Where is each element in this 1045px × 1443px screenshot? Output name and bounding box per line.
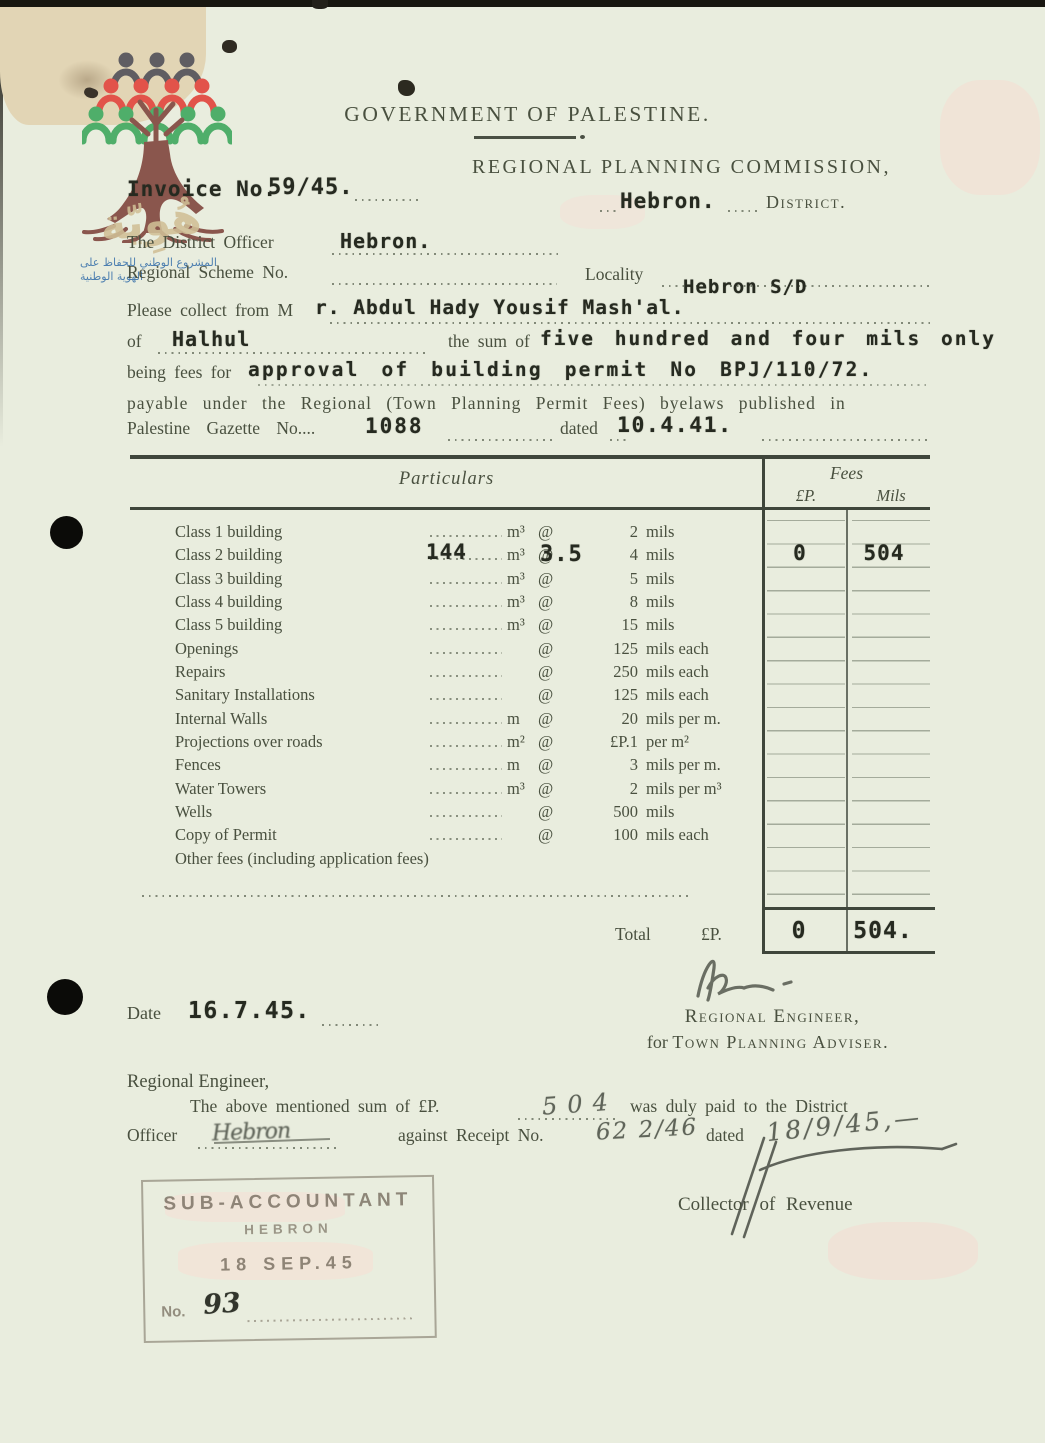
engineer-signature	[680, 948, 805, 1008]
row-label: Copy of Permit	[175, 825, 277, 845]
table-row: Internal Wallsm@20mils per m.	[130, 708, 930, 731]
sum-label: the sum of	[448, 331, 530, 352]
row-rate: 250	[558, 662, 638, 682]
date-label: Date	[127, 1003, 161, 1024]
row-rate-suffix: mils	[646, 569, 674, 589]
page-title: GOVERNMENT OF PALESTINE.	[330, 102, 725, 127]
fees-header: Fees	[763, 463, 930, 484]
town-planning-adviser-title: for Town Planning Adviser.	[608, 1032, 928, 1053]
row-rate: 125	[558, 685, 638, 705]
row-unit: m²	[507, 732, 525, 752]
row-leader-dots	[430, 652, 502, 654]
stamp-line2: HEBRON	[144, 1219, 433, 1239]
logo-red-heads	[104, 79, 210, 94]
date-value: 16.7.45.	[188, 998, 311, 1024]
total-mils-value: 504.	[842, 918, 924, 944]
fees-for-label: being fees for	[127, 362, 231, 383]
table-row: Water Towersm³@2mils per m³	[130, 778, 930, 801]
mils-header: Mils	[852, 486, 930, 506]
row-label: Openings	[175, 639, 238, 659]
leader-dots	[332, 253, 560, 255]
row-rate-suffix: mils per m.	[646, 755, 721, 775]
row-rate-suffix: mils each	[646, 662, 709, 682]
row-at-sign: @	[538, 615, 553, 635]
row-at-sign: @	[538, 732, 553, 752]
row-rate-suffix: mils	[646, 615, 674, 635]
leader-dots	[728, 210, 760, 212]
for-label: for	[647, 1032, 668, 1052]
regional-engineer-title: Regional Engineer,	[655, 1006, 890, 1028]
row-rate: 20	[558, 709, 638, 729]
stamp-no-label: No.	[161, 1303, 185, 1320]
row-rate-suffix: mils	[646, 592, 674, 612]
row-leader-dots	[430, 535, 502, 537]
row-label: Class 4 building	[175, 592, 282, 612]
table-row: Class 5 buildingm³@15mils	[130, 614, 930, 637]
row-rate: 2	[558, 522, 638, 542]
row-fee-pounds: 0	[778, 541, 822, 565]
row-at-sign: @	[538, 569, 553, 589]
collector-signature	[690, 1128, 970, 1243]
row-rate: 3	[558, 755, 638, 775]
row-label: Wells	[175, 802, 212, 822]
row-leader-dots	[430, 605, 502, 607]
row-label: Projections over roads	[175, 732, 323, 752]
row-rate-suffix: mils each	[646, 685, 709, 705]
row-rate: 5	[558, 569, 638, 589]
row-typed-rate: 3.5	[540, 542, 583, 567]
row-leader-dots	[430, 815, 502, 817]
table-row: Copy of Permit@100mils each	[130, 824, 930, 847]
row-rate: 8	[558, 592, 638, 612]
pound-header: £P.	[767, 486, 845, 506]
leader-dots	[247, 1317, 415, 1322]
row-leader-dots	[430, 768, 502, 770]
fees-table: Particulars Fees £P. Mils Class 1 buildi…	[130, 455, 930, 957]
row-leader-dots	[430, 722, 502, 724]
row-leader-dots	[430, 698, 502, 700]
row-rate-suffix: mils	[646, 545, 674, 565]
row-typed-quantity: 144	[426, 540, 467, 564]
leader-dots	[610, 439, 630, 441]
row-rate-suffix: mils	[646, 522, 674, 542]
row-unit: m³	[507, 592, 525, 612]
gazette-label: Palestine Gazette No....	[127, 418, 315, 439]
row-leader-dots	[430, 792, 502, 794]
leader-dots	[258, 384, 930, 386]
row-at-sign: @	[538, 755, 553, 775]
collect-from-value: r. Abdul Hady Yousif Mash'al.	[315, 296, 684, 319]
locality-value: Hebron S/D	[683, 276, 807, 298]
gazette-dated-value: 10.4.41.	[617, 413, 733, 438]
leader-dots	[448, 439, 553, 441]
row-at-sign: @	[538, 522, 553, 542]
row-at-sign: @	[538, 685, 553, 705]
logo-grey-heads	[119, 53, 195, 68]
table-row: Fencesm@3mils per m.	[130, 754, 930, 777]
officer-label: Officer	[127, 1125, 177, 1146]
row-at-sign: @	[538, 709, 553, 729]
table-top-rule	[130, 455, 930, 459]
district-value: Hebron.	[620, 189, 716, 213]
receipt-label: against Receipt No.	[398, 1125, 544, 1146]
collector-of-revenue-label: Collector of Revenue	[678, 1194, 853, 1216]
table-row: Openings@125mils each	[130, 638, 930, 661]
collect-from-label: Please collect from M	[127, 300, 293, 321]
commission-title: REGIONAL PLANNING COMMISSION,	[472, 156, 891, 179]
addressee-label: Regional Engineer,	[127, 1072, 269, 1093]
row-unit: m	[507, 709, 520, 729]
invoice-number-value: 59/45.	[268, 175, 353, 200]
stamp-no-handwritten: 93	[202, 1287, 242, 1321]
row-label: Class 1 building	[175, 522, 282, 542]
row-rate-suffix: mils each	[646, 639, 709, 659]
district-label: District.	[766, 192, 846, 213]
row-leader-dots	[430, 838, 502, 840]
pink-blotch	[940, 80, 1040, 195]
row-label: Repairs	[175, 662, 225, 682]
particulars-header: Particulars	[130, 469, 763, 490]
row-unit: m³	[507, 522, 525, 542]
row-label: Class 5 building	[175, 615, 282, 635]
table-row: Class 4 buildingm³@8mils	[130, 591, 930, 614]
title-divider	[474, 136, 576, 139]
total-pounds-value: 0	[775, 918, 823, 944]
row-rate: 2	[558, 779, 638, 799]
row-unit: m³	[507, 615, 525, 635]
hole-punch-icon	[47, 979, 83, 1015]
stamp-line1: SUB-ACCOUNTANT	[143, 1189, 432, 1216]
sub-accountant-stamp: SUB-ACCOUNTANT HEBRON 18 SEP.45 No. 93	[141, 1175, 437, 1343]
scan-top-edge	[0, 0, 1045, 7]
leader-dots	[600, 210, 616, 212]
table-row: Class 2 buildingm³@4mils1443.50504	[130, 544, 930, 567]
particulars-rows: Class 1 buildingm³@2milsClass 2 building…	[130, 521, 930, 871]
title-divider-dot	[580, 135, 585, 139]
ink-speck	[312, 0, 328, 9]
ink-speck	[398, 80, 415, 96]
table-row: Class 3 buildingm³@5mils	[130, 568, 930, 591]
gazette-dated-label: dated	[560, 418, 598, 439]
leader-dots	[355, 199, 423, 201]
row-rate-suffix: mils per m.	[646, 709, 721, 729]
paid-sentence-start: The above mentioned sum of £P.	[190, 1096, 439, 1117]
row-unit: m	[507, 755, 520, 775]
row-leader-dots	[430, 582, 502, 584]
leader-dots	[158, 352, 430, 354]
district-officer-label: The District Officer	[127, 232, 274, 253]
row-rate-suffix: per m²	[646, 732, 689, 752]
row-rate-suffix: mils per m³	[646, 779, 722, 799]
row-rate: £P.1	[558, 732, 638, 752]
stamp-date-line: 18 SEP.45	[144, 1251, 433, 1277]
row-at-sign: @	[538, 825, 553, 845]
row-label: Water Towers	[175, 779, 266, 799]
district-officer-value: Hebron.	[340, 229, 431, 253]
row-rate-suffix: mils each	[646, 825, 709, 845]
invoice-number-label: Invoice No.	[127, 177, 277, 201]
gazette-value: 1088	[365, 414, 424, 438]
table-row: Sanitary Installations@125mils each	[130, 684, 930, 707]
total-currency: £P.	[701, 924, 722, 945]
paid-sum-handwritten: 504	[541, 1087, 619, 1120]
leader-dots	[762, 439, 932, 441]
locality-label: Locality	[585, 264, 643, 285]
payable-line: payable under the Regional (Town Plannin…	[127, 393, 846, 414]
table-row: Projections over roadsm²@£P.1per m²	[130, 731, 930, 754]
leader-dots	[332, 283, 557, 285]
row-rate: 500	[558, 802, 638, 822]
row-leader-dots	[430, 675, 502, 677]
row-label: Other fees (including application fees)	[175, 849, 429, 869]
row-at-sign: @	[538, 802, 553, 822]
row-label: Internal Walls	[175, 709, 267, 729]
total-label: Total	[615, 924, 651, 945]
row-label: Class 2 building	[175, 545, 282, 565]
table-row: Wells@500mils	[130, 801, 930, 824]
adviser-label: Town Planning Adviser.	[672, 1032, 889, 1052]
table-header-rule	[130, 507, 930, 510]
table-row: Repairs@250mils each	[130, 661, 930, 684]
row-fee-mils: 504	[848, 541, 920, 565]
row-rate: 15	[558, 615, 638, 635]
of-label: of	[127, 331, 142, 352]
leader-dots	[330, 322, 930, 324]
row-unit: m³	[507, 779, 525, 799]
row-label: Sanitary Installations	[175, 685, 315, 705]
hole-punch-icon	[50, 516, 83, 549]
row-rate: 125	[558, 639, 638, 659]
row-at-sign: @	[538, 779, 553, 799]
table-row: Other fees (including application fees)	[130, 848, 930, 871]
sum-value: five hundred and four mils only	[540, 327, 996, 350]
row-at-sign: @	[538, 592, 553, 612]
row-at-sign: @	[538, 639, 553, 659]
fees-for-value: approval of building permit No BPJ/110/7…	[248, 358, 873, 381]
row-leader-dots	[430, 628, 502, 630]
row-rate: 100	[558, 825, 638, 845]
receipt-number-handwritten: 62 2/46	[595, 1114, 698, 1145]
leader-dots	[322, 1024, 380, 1026]
row-label: Class 3 building	[175, 569, 282, 589]
leader-dots	[198, 1147, 338, 1149]
scheme-label: Regional Scheme No.	[127, 262, 288, 283]
row-unit: m³	[507, 545, 525, 565]
dotted-separator	[142, 895, 690, 897]
row-leader-dots	[430, 745, 502, 747]
logo-grey-bodies	[114, 72, 199, 86]
total-top-rule	[762, 907, 935, 910]
row-rate-suffix: mils	[646, 802, 674, 822]
of-value: Halhul	[172, 327, 250, 351]
row-at-sign: @	[538, 662, 553, 682]
row-unit: m³	[507, 569, 525, 589]
row-label: Fences	[175, 755, 221, 775]
scanned-document-page: هُوِيّة المشروع الوطني للحفاظ على الهوية…	[0, 0, 1045, 1443]
